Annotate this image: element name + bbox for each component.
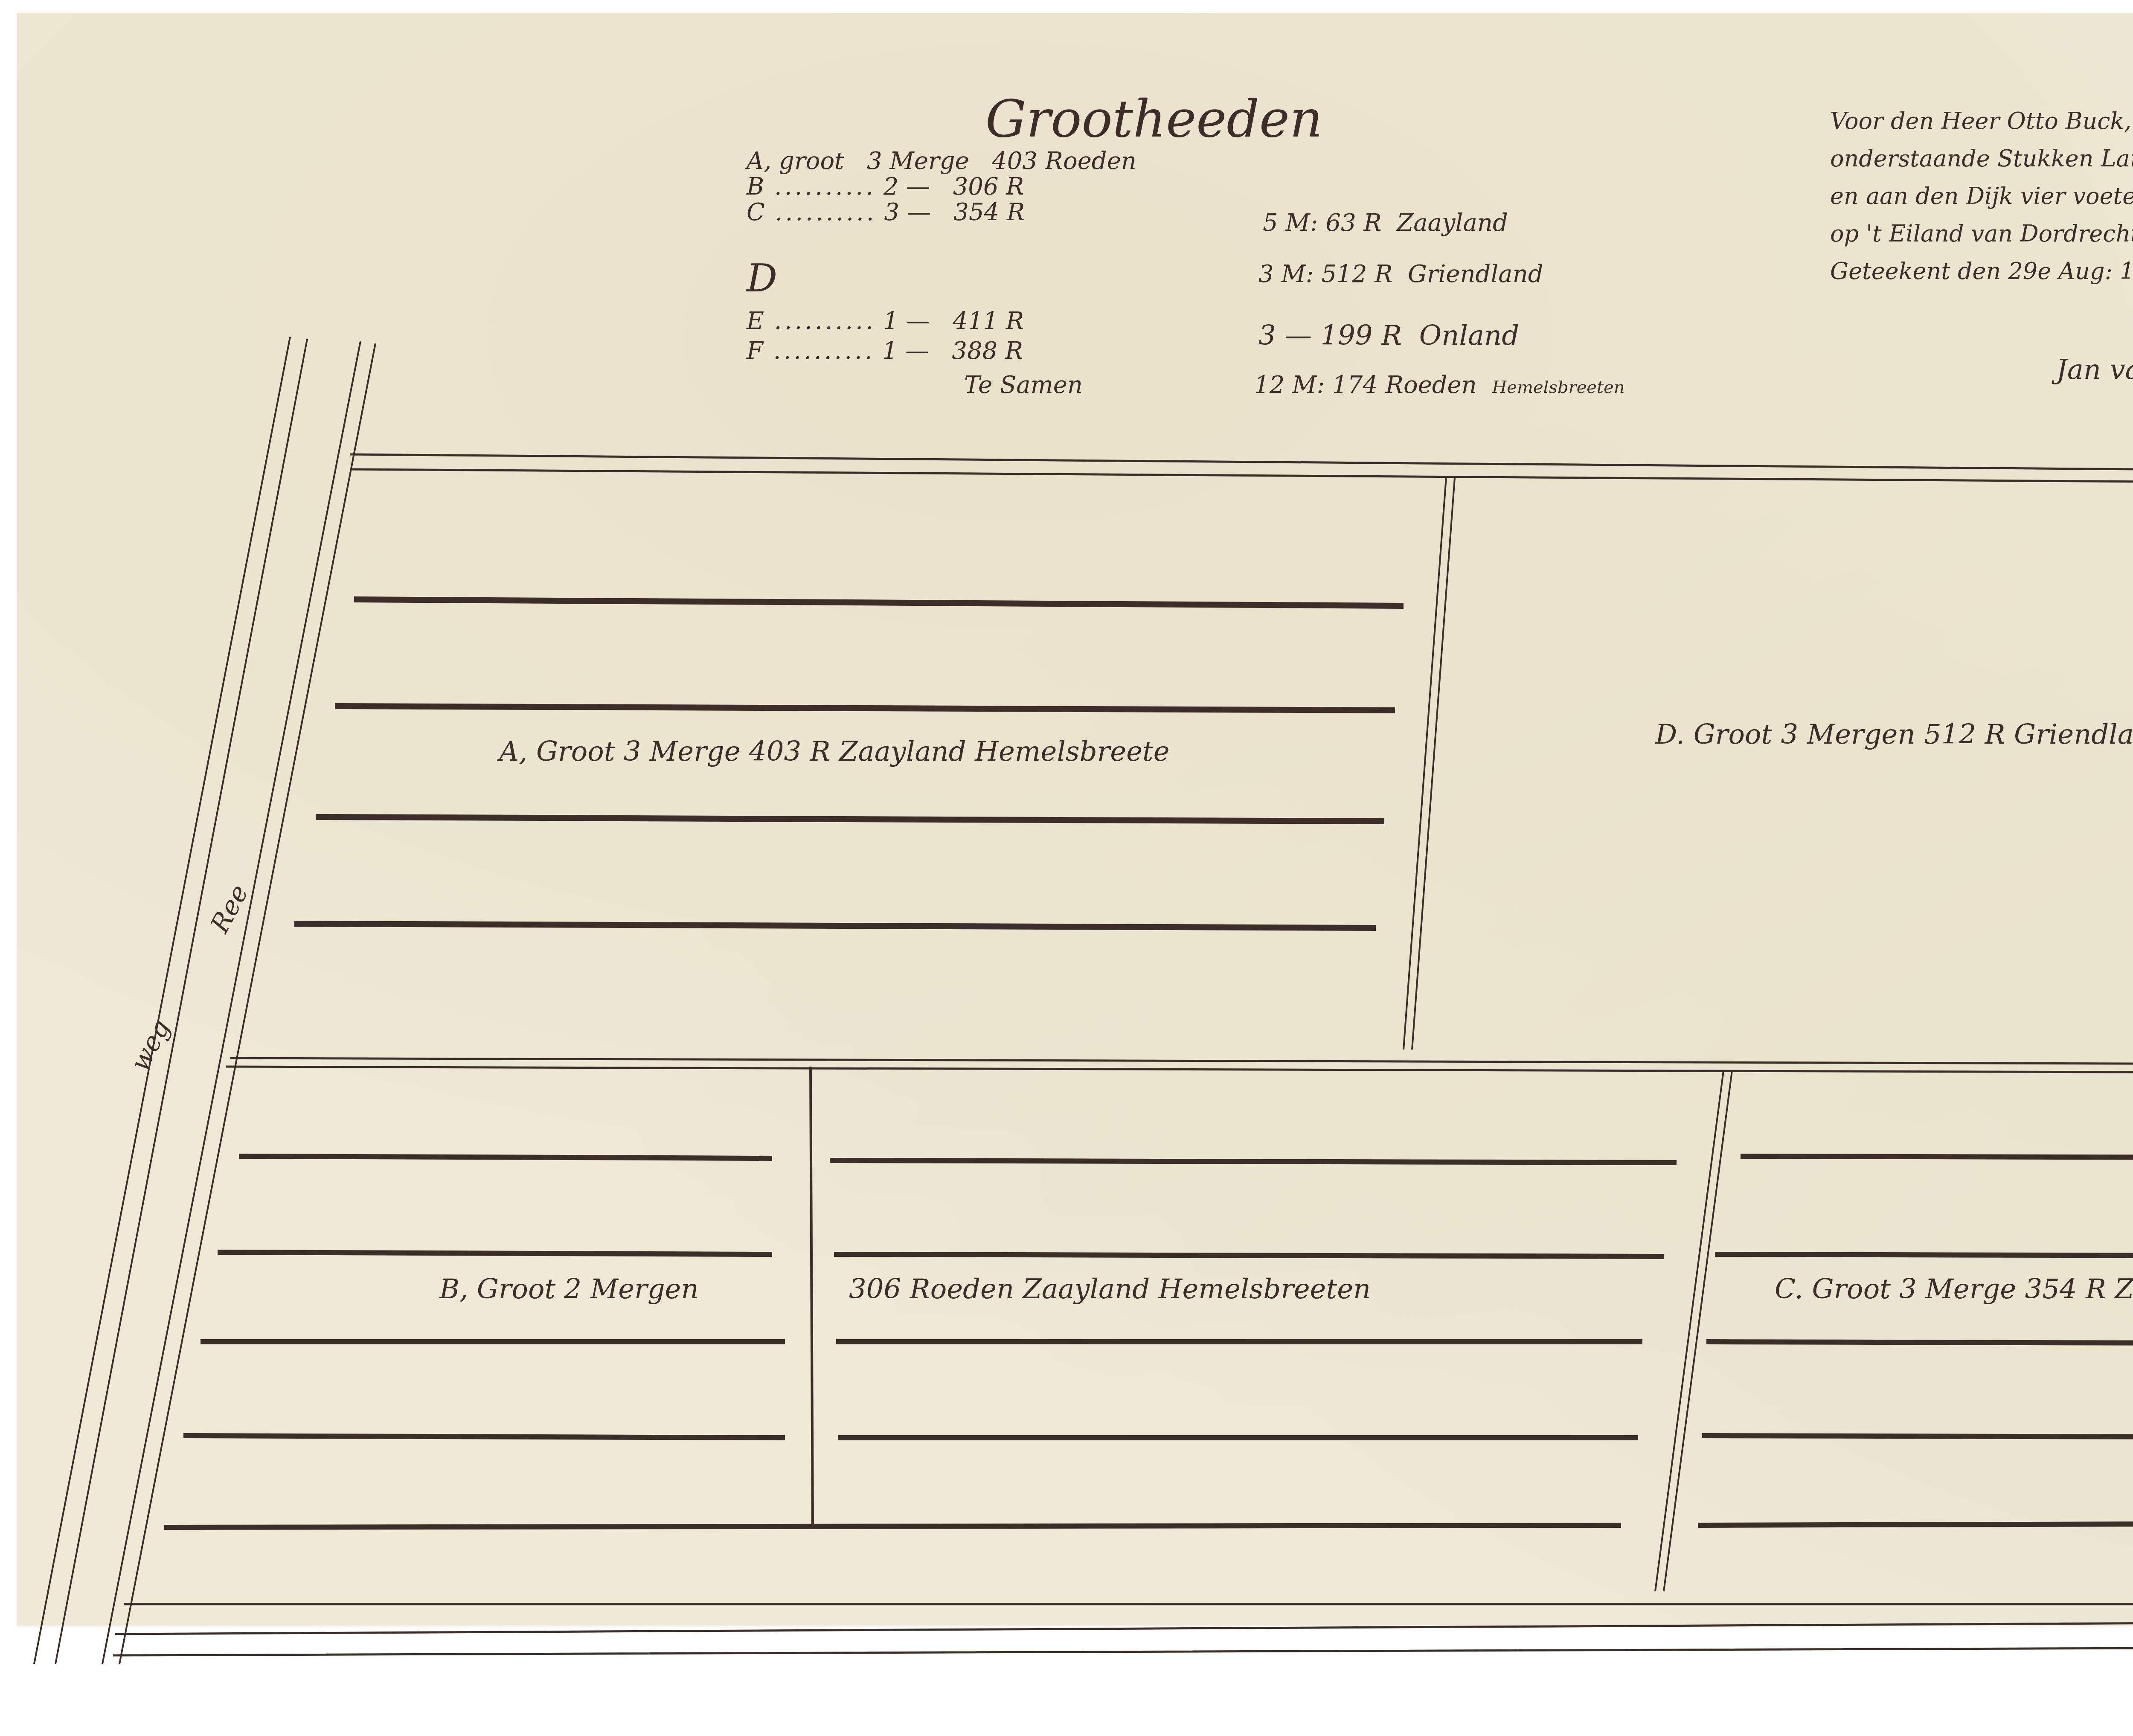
- summary-row-b: B .......... 2 — 306 R: [747, 173, 1024, 201]
- summary-title: Grootheeden: [985, 94, 1322, 145]
- middle-divider: [226, 1058, 2133, 1075]
- row-morgen: 1 —: [883, 307, 930, 335]
- certification-text: Voor den Heer Otto Buck, met de Zuijdhol…: [1830, 102, 2133, 290]
- subtotal-value: 3 M: 512 R: [1258, 260, 1392, 288]
- total-value: 12 M: 174 Roeden: [1254, 371, 1477, 399]
- row-roeden: 403 Roeden: [992, 147, 1136, 175]
- bottom-road: [113, 1604, 2133, 1719]
- parcel-b2-label: 306 Roeden Zaayland Hemelsbreeten: [849, 1276, 1371, 1303]
- row-morgen: 1 —: [882, 337, 929, 365]
- surveyor-signature: Jan van Linden Goverts: [2056, 356, 2133, 384]
- row-label: E: [747, 307, 764, 335]
- row-label: B: [747, 173, 764, 201]
- total-unit: Hemelsbreeten: [1492, 378, 1624, 397]
- row-roeden: 411 R: [953, 307, 1024, 335]
- subtotal-value: 5 M: 63 R: [1263, 209, 1382, 237]
- summary-row-f: F .......... 1 — 388 R: [747, 337, 1023, 365]
- summary-total-label: Te Samen: [964, 371, 1083, 399]
- survey-linework: [0, 0, 2133, 1736]
- row-roeden: 388 R: [952, 337, 1023, 365]
- upper-parcel-boundaries: [1404, 477, 2133, 1054]
- subtotal-onland: 3 — 199 R Onland: [1258, 320, 1519, 352]
- summary-row-c: C .......... 3 — 354 R: [747, 198, 1025, 226]
- summary-row-d: D: [747, 256, 777, 301]
- top-road: [350, 454, 2133, 489]
- parcel-c-label: C. Groot 3 Merge 354 R Zaayland Hemelsbr…: [1775, 1276, 2133, 1303]
- left-road-reeweg: [34, 337, 375, 1664]
- parcel-d-label: D. Groot 3 Mergen 512 R Griendland Hemel…: [1655, 721, 2133, 748]
- row-label: F: [747, 337, 763, 365]
- parcel-b-label: B, Groot 2 Mergen: [439, 1276, 699, 1303]
- summary-total: 12 M: 174 Roeden Hemelsbreeten: [1254, 371, 1625, 399]
- row-roeden: 306 R: [953, 173, 1024, 201]
- subtotal-land-type: Onland: [1419, 320, 1520, 352]
- subtotal-land-type: Griendland: [1408, 260, 1543, 288]
- row-roeden: 354 R: [953, 198, 1025, 226]
- summary-row-a: A, groot 3 Merge 403 Roeden: [747, 147, 1136, 175]
- row-morgen: 2 —: [883, 173, 930, 201]
- parcel-a-label: A, Groot 3 Merge 403 R Zaayland Hemelsbr…: [499, 738, 1170, 765]
- parcel-c-hatch: [1698, 1156, 2133, 1525]
- subtotal-value: 3 — 199 R: [1258, 320, 1402, 352]
- subtotal-land-type: Zaayland: [1397, 209, 1508, 237]
- row-morgen: 3 Merge: [867, 147, 969, 175]
- row-label: D: [747, 256, 777, 301]
- subtotal-zaayland: 5 M: 63 R Zaayland: [1263, 209, 1508, 237]
- row-morgen: 3 —: [884, 198, 930, 226]
- row-label: C: [747, 198, 765, 226]
- subtotal-griendland: 3 M: 512 R Griendland: [1258, 260, 1543, 288]
- summary-row-e: E .......... 1 — 411 R: [747, 307, 1024, 335]
- row-label: A, groot: [747, 147, 844, 175]
